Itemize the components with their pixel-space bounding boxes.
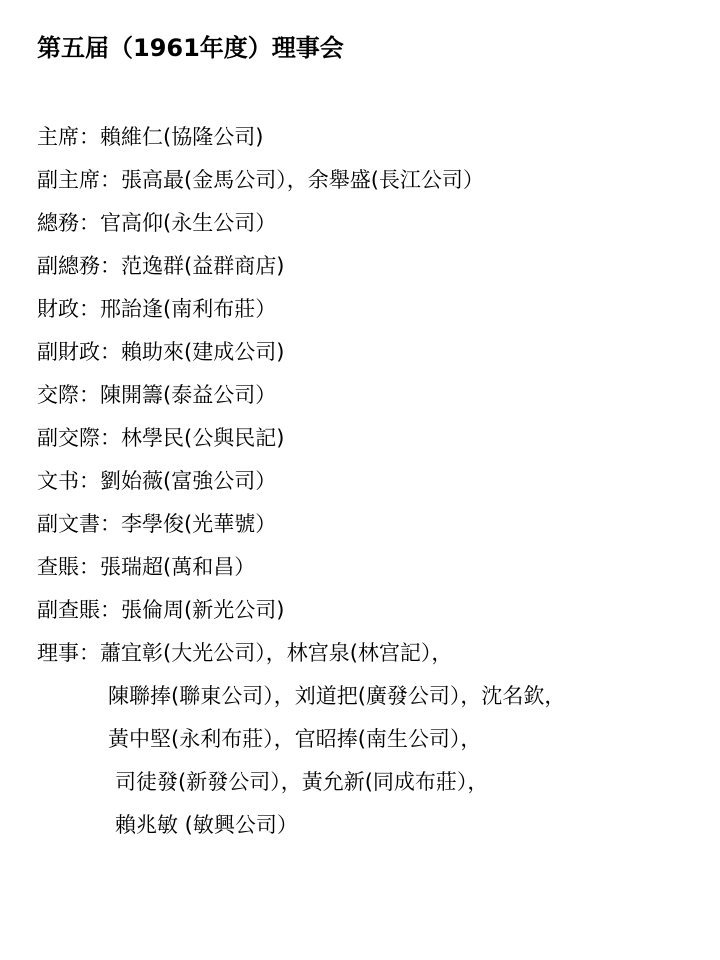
entry-treasurer: 財政：邢詒逢(南利布莊） — [37, 294, 276, 324]
entry-vice-public-relations: 副交際：林學民(公與民記) — [37, 423, 284, 453]
directors-line-5: 賴兆敏 (敏興公司） — [115, 810, 298, 840]
entry-auditor: 查賬：張瑞超(萬和昌） — [37, 552, 255, 582]
directors-line-4: 司徒發(新發公司），黃允新(同成布莊）， — [115, 767, 488, 797]
directors-line-1: 理事：蕭宜彰(大光公司），林宫泉(林宫記）， — [37, 638, 452, 668]
document-title: 第五届（1961年度）理事会 — [37, 30, 344, 66]
entry-vice-treasurer: 副財政：賴助來(建成公司) — [37, 337, 284, 367]
entry-vice-chairman: 副主席：張高最(金馬公司），余舉盛(長江公司） — [37, 165, 484, 195]
document-page: 第五届（1961年度）理事会 主席：賴維仁(協隆公司) 副主席：張高最(金馬公司… — [0, 0, 720, 960]
entry-chairman: 主席：賴維仁(協隆公司) — [37, 122, 263, 152]
entry-vice-secretary: 副文書：李學俊(光華號） — [37, 509, 276, 539]
entry-vice-general-affairs: 副總務：范逸群(益群商店) — [37, 251, 284, 281]
entry-general-affairs: 總務：官高仰(永生公司） — [37, 208, 276, 238]
directors-line-3: 黃中堅(永利布莊），官昭捧(南生公司）， — [108, 724, 481, 754]
directors-line-2: 陳聯捧(聯東公司），刘道把(廣發公司），沈名欽， — [108, 681, 565, 711]
entry-secretary: 文书：劉始薇(富強公司） — [37, 466, 276, 496]
entry-public-relations: 交際：陳開籌(泰益公司） — [37, 380, 276, 410]
entry-vice-auditor: 副查賬：張倫周(新光公司) — [37, 595, 284, 625]
